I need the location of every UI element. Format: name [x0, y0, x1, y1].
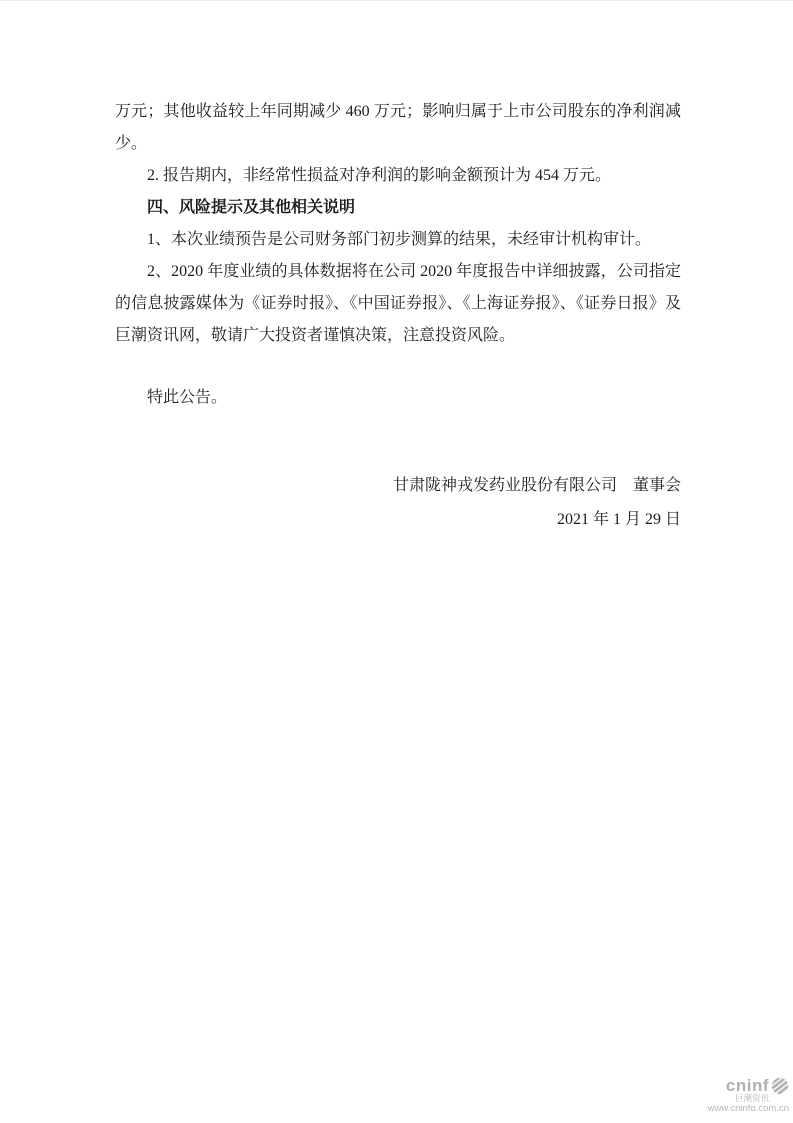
paragraph-net-profit-continuation: 万元；其他收益较上年同期减少 460 万元；影响归属于上市公司股东的净利润减少。	[115, 96, 681, 160]
document-page: 万元；其他收益较上年同期减少 460 万元；影响归属于上市公司股东的净利润减少。…	[0, 0, 793, 1123]
signature-block: 甘肃陇神戎发药业股份有限公司 董事会 2021 年 1 月 29 日	[115, 470, 681, 536]
signature-company: 甘肃陇神戎发药业股份有限公司 董事会	[115, 470, 681, 502]
cninfo-url: www.cninfo.com.cn	[679, 1103, 789, 1114]
cninfo-chinese-label: 巨潮资讯	[679, 1094, 789, 1103]
document-body: 万元；其他收益较上年同期减少 460 万元；影响归属于上市公司股东的净利润减少。…	[115, 96, 681, 536]
closing-notice: 特此公告。	[115, 382, 681, 414]
paragraph-risk-item-1: 1、本次业绩预告是公司财务部门初步测算的结果，未经审计机构审计。	[115, 224, 681, 256]
paragraph-risk-item-2: 2、2020 年度业绩的具体数据将在公司 2020 年度报告中详细披露，公司指定…	[115, 256, 681, 352]
cninfo-watermark: cninf 巨潮资讯 www.cninfo.com.cn	[679, 1077, 789, 1114]
section-heading-risk-notice: 四、风险提示及其他相关说明	[115, 192, 681, 224]
paragraph-nonrecurring-gains: 2. 报告期内，非经常性损益对净利润的影响金额预计为 454 万元。	[115, 160, 681, 192]
cninfo-logo-row: cninf	[679, 1077, 789, 1095]
signature-date: 2021 年 1 月 29 日	[115, 504, 681, 536]
cninfo-swirl-globe-icon	[771, 1077, 789, 1095]
